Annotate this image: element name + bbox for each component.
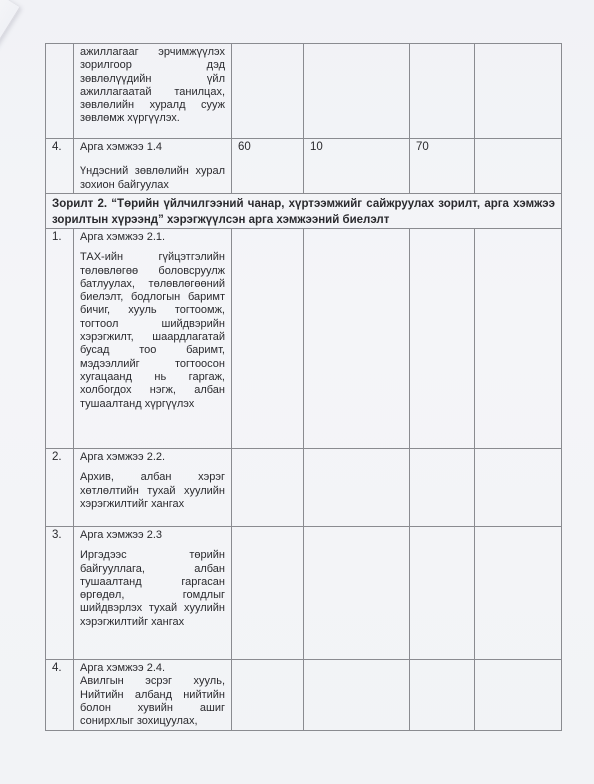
measure-title: Арга хэмжээ 2.2.	[80, 451, 225, 464]
row-number: 3.	[46, 527, 74, 660]
cell-col-c	[410, 449, 475, 527]
measure-description: Арга хэмжээ 2.2. Архив, албан хэрэг хөтл…	[74, 449, 232, 527]
measure-body: ТАХ-ийн гүйцэтгэлийн төлөвлөгөө боловсру…	[80, 251, 225, 411]
cell-col-b	[304, 44, 410, 139]
cell-col-a	[232, 660, 304, 731]
measure-title: Арга хэмжээ 2.1.	[80, 231, 225, 244]
cell-col-b	[304, 229, 410, 449]
cell-col-b	[304, 660, 410, 731]
measure-description: Арга хэмжээ 1.4 Үндэсний зөвлөлийн хурал…	[74, 139, 232, 194]
cell-col-a	[232, 527, 304, 660]
measure-body: ажиллагааг эрчимжүүлэх зорилгоор дэд зөв…	[80, 46, 225, 126]
measure-body: Авилгын эсрэг хууль, Нийтийн албанд нийт…	[80, 675, 225, 728]
measure-title: Арга хэмжээ 2.3	[80, 529, 225, 542]
measure-title: Арга хэмжээ 2.4.	[80, 662, 225, 675]
cell-col-c	[410, 229, 475, 449]
cell-col-c	[410, 44, 475, 139]
measure-body: Үндэсний зөвлөлийн хурал зохион байгуула…	[80, 165, 225, 192]
row-number: 2.	[46, 449, 74, 527]
action-plan-table: ажиллагааг эрчимжүүлэх зорилгоор дэд зөв…	[45, 43, 562, 731]
measure-description: ажиллагааг эрчимжүүлэх зорилгоор дэд зөв…	[74, 44, 232, 139]
table-row: 2. Арга хэмжээ 2.2. Архив, албан хэрэг х…	[46, 449, 562, 527]
row-number	[46, 44, 74, 139]
table-row: 1. Арга хэмжээ 2.1. ТАХ-ийн гүйцэтгэлийн…	[46, 229, 562, 449]
cell-col-d	[475, 139, 562, 194]
cell-col-a: 60	[232, 139, 304, 194]
cell-col-c: 70	[410, 139, 475, 194]
page-edge-shadow	[0, 0, 20, 194]
row-number: 4.	[46, 139, 74, 194]
cell-col-c	[410, 527, 475, 660]
cell-col-d	[475, 449, 562, 527]
table-row: 4. Арга хэмжээ 1.4 Үндэсний зөвлөлийн ху…	[46, 139, 562, 194]
measure-description: Арга хэмжээ 2.1. ТАХ-ийн гүйцэтгэлийн тө…	[74, 229, 232, 449]
goal-header-row: Зорилт 2. “Төрийн үйлчилгээний чанар, хү…	[46, 194, 562, 229]
row-number: 4.	[46, 660, 74, 731]
measure-description: Арга хэмжээ 2.4. Авилгын эсрэг хууль, Ни…	[74, 660, 232, 731]
measure-title: Арга хэмжээ 1.4	[80, 141, 225, 154]
measure-body: Иргэдээс төрийн байгууллага, албан тушаа…	[80, 549, 225, 629]
cell-col-d	[475, 527, 562, 660]
cell-col-a	[232, 229, 304, 449]
cell-col-d	[475, 229, 562, 449]
table-row: 4. Арга хэмжээ 2.4. Авилгын эсрэг хууль,…	[46, 660, 562, 731]
cell-col-a	[232, 44, 304, 139]
cell-col-b: 10	[304, 139, 410, 194]
table-row: 3. Арга хэмжээ 2.3 Иргэдээс төрийн байгу…	[46, 527, 562, 660]
cell-col-b	[304, 449, 410, 527]
cell-col-c	[410, 660, 475, 731]
cell-col-d	[475, 660, 562, 731]
table-row: ажиллагааг эрчимжүүлэх зорилгоор дэд зөв…	[46, 44, 562, 139]
cell-col-d	[475, 44, 562, 139]
cell-col-b	[304, 527, 410, 660]
cell-col-a	[232, 449, 304, 527]
measure-description: Арга хэмжээ 2.3 Иргэдээс төрийн байгуулл…	[74, 527, 232, 660]
row-number: 1.	[46, 229, 74, 449]
measure-body: Архив, албан хэрэг хөтлөлтийн тухай хуул…	[80, 471, 225, 511]
goal-header: Зорилт 2. “Төрийн үйлчилгээний чанар, хү…	[46, 194, 562, 229]
